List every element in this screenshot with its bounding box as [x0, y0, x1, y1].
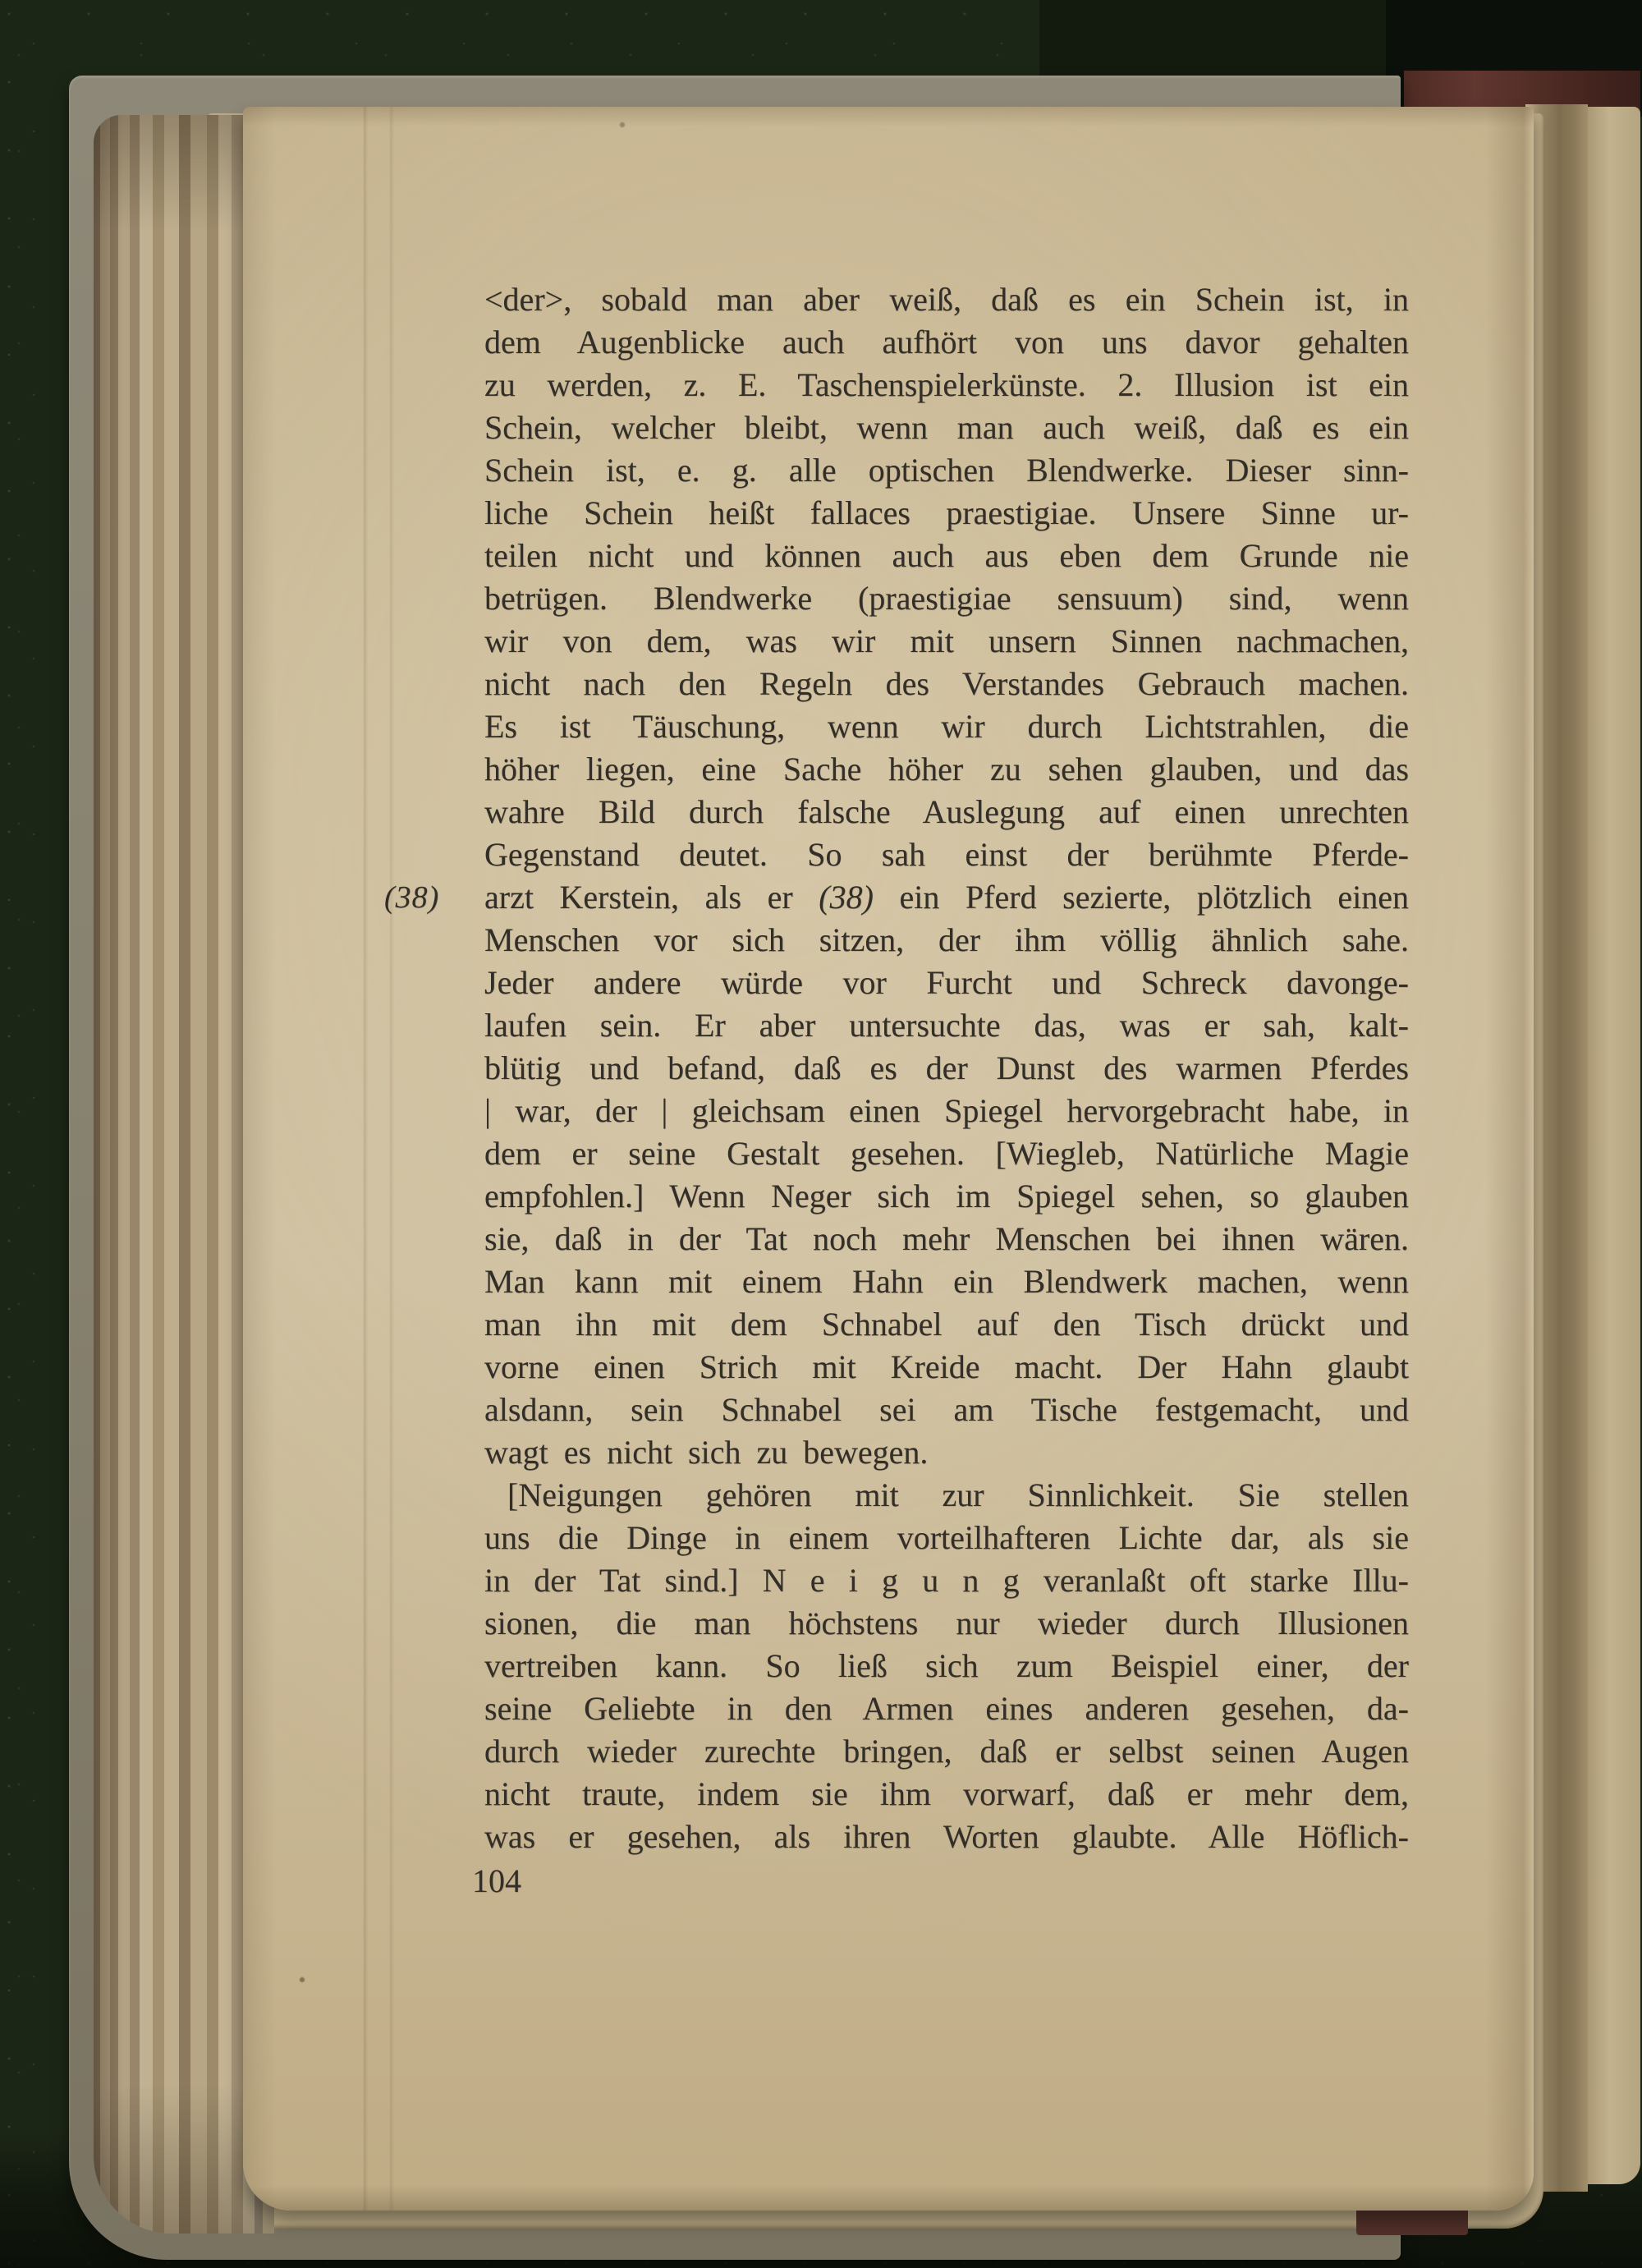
facing-page-edge [1585, 107, 1640, 2184]
text-line: was er gesehen, als ihren Worten glaubte… [484, 1816, 1409, 1858]
text-line: Gegenstand deutet. So sah einst der berü… [484, 833, 1409, 876]
text-line: nicht traute, indem sie ihm vorwarf, daß… [484, 1773, 1409, 1816]
text-line: man ihn mit dem Schnabel auf den Tisch d… [484, 1303, 1409, 1346]
text-line: alsdann, sein Schnabel sei am Tische fes… [484, 1389, 1409, 1431]
text-line: liche Schein heißt fallaces praestigiae.… [484, 492, 1409, 535]
text-block: <der>, sobald man aber weiß, daß es ein … [484, 278, 1409, 1858]
text-line: Menschen vor sich sitzen, der ihm völlig… [484, 919, 1409, 962]
text-line: blütig und befand, daß es der Dunst des … [484, 1047, 1409, 1090]
text-line: teilen nicht und können auch aus eben de… [484, 535, 1409, 577]
text-line: vertreiben kann. So ließ sich zum Beispi… [484, 1645, 1409, 1687]
text-line: höher liegen, eine Sache höher zu sehen … [484, 748, 1409, 791]
text-line: durch wieder zurechte bringen, daß er se… [484, 1730, 1409, 1773]
text-line: in der Tat sind.] N e i g u n g veranlaß… [484, 1559, 1409, 1602]
text-line: laufen sein. Er aber untersuchte das, wa… [484, 1004, 1409, 1047]
text-line: sie, daß in der Tat noch mehr Menschen b… [484, 1218, 1409, 1260]
page-number: 104 [472, 1860, 521, 1903]
text-line: nicht nach den Regeln des Verstandes Geb… [484, 663, 1409, 705]
text-line: Jeder andere würde vor Furcht und Schrec… [484, 962, 1409, 1004]
text-line: Es ist Täuschung, wenn wir durch Lichtst… [484, 705, 1409, 748]
text-line: betrügen. Blendwerke (praestigiae sensuu… [484, 577, 1409, 620]
text-line: zu werden, z. E. Taschenspielerkünste. 2… [484, 364, 1409, 406]
text-line: arzt Kerstein, als er (38) ein Pferd sez… [484, 876, 1409, 919]
text-line: wir von dem, was wir mit unsern Sinnen n… [484, 620, 1409, 663]
text-line: sionen, die man höchstens nur wieder dur… [484, 1602, 1409, 1645]
text-line: Schein ist, e. g. alle optischen Blendwe… [484, 449, 1409, 492]
text-line: Man kann mit einem Hahn ein Blendwerk ma… [484, 1260, 1409, 1303]
text-line: Schein, welcher bleibt, wenn man auch we… [484, 406, 1409, 449]
book-photo: <der>, sobald man aber weiß, daß es ein … [0, 0, 1642, 2268]
text-line: wahre Bild durch falsche Auslegung auf e… [484, 791, 1409, 833]
text-line: empfohlen.] Wenn Neger sich im Spiegel s… [484, 1175, 1409, 1218]
text-line: vorne einen Strich mit Kreide macht. Der… [484, 1346, 1409, 1389]
text-line: seine Geliebte in den Armen eines andere… [484, 1687, 1409, 1730]
book-spine-bottom [1356, 2207, 1468, 2235]
text-line: uns die Dinge in einem vorteilhafteren L… [484, 1517, 1409, 1559]
text-line: dem Augenblicke auch aufhört von uns dav… [484, 321, 1409, 364]
margin-note: (38) [384, 876, 439, 919]
text-line: <der>, sobald man aber weiß, daß es ein … [484, 278, 1409, 321]
text-line: dem er seine Gestalt gesehen. [Wiegleb, … [484, 1132, 1409, 1175]
text-line: wagt es nicht sich zu bewegen. [484, 1431, 1409, 1474]
text-line: | war, der | gleichsam einen Spiegel her… [484, 1090, 1409, 1132]
text-line: [Neigungen gehören mit zur Sinnlichkeit.… [484, 1474, 1409, 1517]
book-page: <der>, sobald man aber weiß, daß es ein … [243, 107, 1534, 2211]
